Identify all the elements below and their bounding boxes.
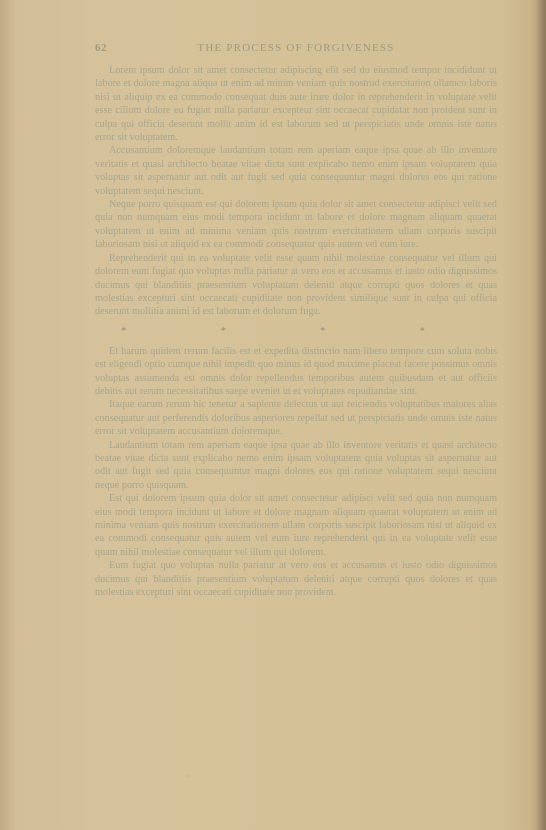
paragraph: Lorem ipsum dolor sit amet consectetur a… <box>95 64 497 144</box>
printer-mark: · <box>186 772 192 778</box>
paragraph: Reprehenderit qui in ea voluptate velit … <box>95 252 497 319</box>
running-head-title: THE PROCESS OF FORGIVENESS <box>135 42 457 54</box>
spine-shadow <box>0 0 14 830</box>
running-head: 62 THE PROCESS OF FORGIVENESS <box>95 42 497 58</box>
section-separator: * * * * <box>95 319 497 345</box>
body-text: Lorem ipsum dolor sit amet consectetur a… <box>95 64 497 599</box>
paragraph: Accusantium doloremque laudantium totam … <box>95 144 497 198</box>
paragraph: Eum fugiat quo voluptas nulla pariatur a… <box>95 559 497 599</box>
page-edge-shadow <box>536 0 546 830</box>
paragraph: Neque porro quisquam est qui dolorem ips… <box>95 198 497 252</box>
page-text-block: 62 THE PROCESS OF FORGIVENESS Lorem ipsu… <box>95 42 497 599</box>
paragraph: Et harum quidem rerum facilis est et exp… <box>95 345 497 399</box>
page-number: 62 <box>95 42 135 54</box>
paragraph: Laudantium totam rem aperiam eaque ipsa … <box>95 439 497 493</box>
paragraph: Itaque earum rerum hic tenetur a sapient… <box>95 398 497 438</box>
paragraph: Est qui dolorem ipsum quia dolor sit ame… <box>95 492 497 559</box>
